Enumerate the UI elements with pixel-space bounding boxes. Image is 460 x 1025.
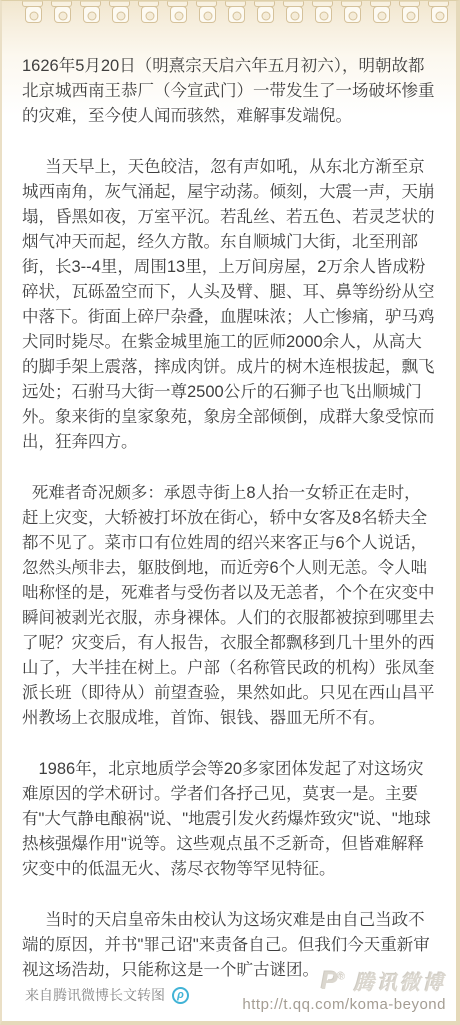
long-text-image-page: 1626年5月20日（明熹宗天启六年五月初六），明朝故都北京城西南王恭厂（今宣武… bbox=[0, 0, 460, 1025]
watermark-block: P®腾讯微博 http://t.qq.com/koma-beyond bbox=[242, 966, 446, 1013]
binder-ring bbox=[196, 1, 219, 33]
source-attribution: 来自腾讯微博长文转图 ρ bbox=[25, 985, 189, 1013]
binder-ring bbox=[399, 1, 422, 33]
watermark-text: 腾讯微博 bbox=[354, 972, 446, 994]
binder-ring bbox=[312, 1, 335, 33]
binder-ring bbox=[341, 1, 364, 33]
binder-ring bbox=[109, 1, 132, 33]
paragraph-victims: 死难者奇况颇多：承恩寺街上8人抬一女轿正在走时，赶上灾变，大轿被打坏放在街心，轿… bbox=[22, 481, 437, 731]
paragraph-intro: 1626年5月20日（明熹宗天启六年五月初六），明朝故都北京城西南王恭厂（今宣武… bbox=[22, 54, 437, 129]
binder-ring bbox=[225, 1, 248, 33]
tencent-weibo-logo-icon: P® bbox=[321, 967, 345, 995]
tencent-weibo-watermark: P®腾讯微博 bbox=[242, 966, 446, 995]
article-body: 1626年5月20日（明熹宗天启六年五月初六），明朝故都北京城西南王恭厂（今宣武… bbox=[2, 46, 456, 983]
binder-ring bbox=[428, 1, 451, 33]
footer: 来自腾讯微博长文转图 ρ P®腾讯微博 http://t.qq.com/koma… bbox=[25, 966, 446, 1013]
binder-ring bbox=[80, 1, 103, 33]
paragraph-research: 1986年，北京地质学会等20多家团体发起了对这场灾难原因的学术研讨。学者们各抒… bbox=[22, 757, 437, 882]
binder-ring bbox=[370, 1, 393, 33]
binder-ring bbox=[51, 1, 74, 33]
paragraph-disaster: 当天早上，天色皎洁，忽有声如吼，从东北方渐至京城西南角，灰气涌起，屋宇动荡。倾刻… bbox=[22, 155, 437, 455]
source-label: 来自腾讯微博长文转图 bbox=[25, 985, 165, 1005]
binder-ring bbox=[283, 1, 306, 33]
binder-ring bbox=[167, 1, 190, 33]
source-url: http://t.qq.com/koma-beyond bbox=[242, 996, 446, 1013]
binder-ring bbox=[138, 1, 161, 33]
decorative-binder-border bbox=[2, 1, 456, 46]
binder-ring bbox=[254, 1, 277, 33]
binder-ring bbox=[22, 1, 45, 33]
tencent-weibo-icon: ρ bbox=[172, 987, 189, 1004]
